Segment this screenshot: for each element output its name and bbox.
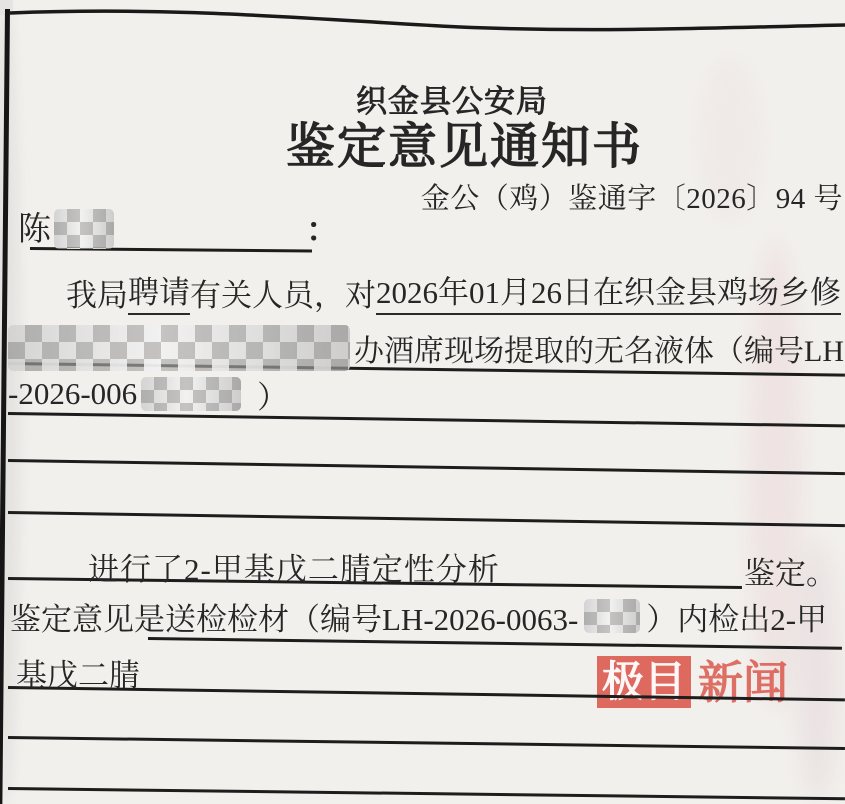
body-text-underlined: 聘请	[128, 267, 190, 315]
redacted-location-mosaic	[8, 325, 350, 371]
verdict-word: 鉴定。	[744, 548, 837, 593]
document-number-text: 金公（鸡）鉴通字〔2026〕94 号	[421, 176, 843, 217]
form-rule-blank	[8, 459, 845, 475]
opinion-material-text: 送检检材（编号LH-2026-0063-	[165, 594, 578, 639]
opinion-lead-text: 鉴定意见是	[10, 594, 165, 639]
form-rule-opinion	[148, 637, 842, 649]
page-title-text: 鉴定意见通知书	[286, 108, 643, 178]
page-title: 鉴定意见通知书	[286, 108, 643, 178]
analysis-text: 进行了2-甲基戊二腈定性分析	[88, 544, 500, 589]
body-text-segment: 有关人员，对	[190, 270, 376, 315]
addressee-line: 陈	[18, 203, 114, 250]
form-rule-blank	[8, 787, 845, 800]
redacted-number-mosaic	[141, 377, 241, 411]
watermark-logo-box: 极目	[597, 656, 691, 708]
body-text-segment: 办酒席现场提取的无名液体（编号LH	[354, 326, 844, 370]
redacted-name-mosaic	[54, 209, 114, 249]
opinion-wrap-text: 基戊二腈	[16, 650, 140, 695]
paper-top-edge-line	[0, 0, 845, 40]
addressee-surname: 陈	[18, 203, 51, 250]
redacted-number-mosaic	[584, 599, 640, 633]
opinion-line: 鉴定意见是送检检材（编号LH-2026-0063- ）内检出2-甲	[10, 595, 827, 637]
body-text-underlined: 2026年01月26日在织金县鸡场乡修	[376, 267, 841, 315]
body-line-2: 办酒席现场提取的无名液体（编号LH	[8, 324, 844, 372]
body-line-1: 我局聘请有关人员，对2026年01月26日在织金县鸡场乡修	[66, 267, 841, 315]
body-line-3: -2026-006 ）	[8, 374, 288, 414]
opinion-close-text: ）内检出2-甲	[646, 594, 827, 639]
scanned-document: 织金县公安局 鉴定意见通知书 金公（鸡）鉴通字〔2026〕94 号 陈 ： 我局…	[0, 0, 845, 804]
colon-text: ：	[306, 204, 339, 251]
form-rule	[8, 412, 845, 427]
body-text-segment: 我局	[66, 270, 128, 315]
verdict-text: 鉴定。	[744, 548, 837, 593]
body-text-segment: ）	[257, 372, 288, 417]
addressee-colon: ：	[306, 204, 339, 251]
form-rule-blank	[8, 736, 845, 749]
form-rule-blank	[8, 511, 845, 527]
document-number: 金公（鸡）鉴通字〔2026〕94 号	[421, 176, 843, 217]
opinion-wrap-line: 基戊二腈	[16, 650, 140, 695]
analysis-line: 进行了2-甲基戊二腈定性分析	[88, 544, 500, 589]
watermark-jimu-news: 极目 新闻	[597, 656, 788, 708]
body-text-segment: -2026-006	[8, 376, 137, 412]
